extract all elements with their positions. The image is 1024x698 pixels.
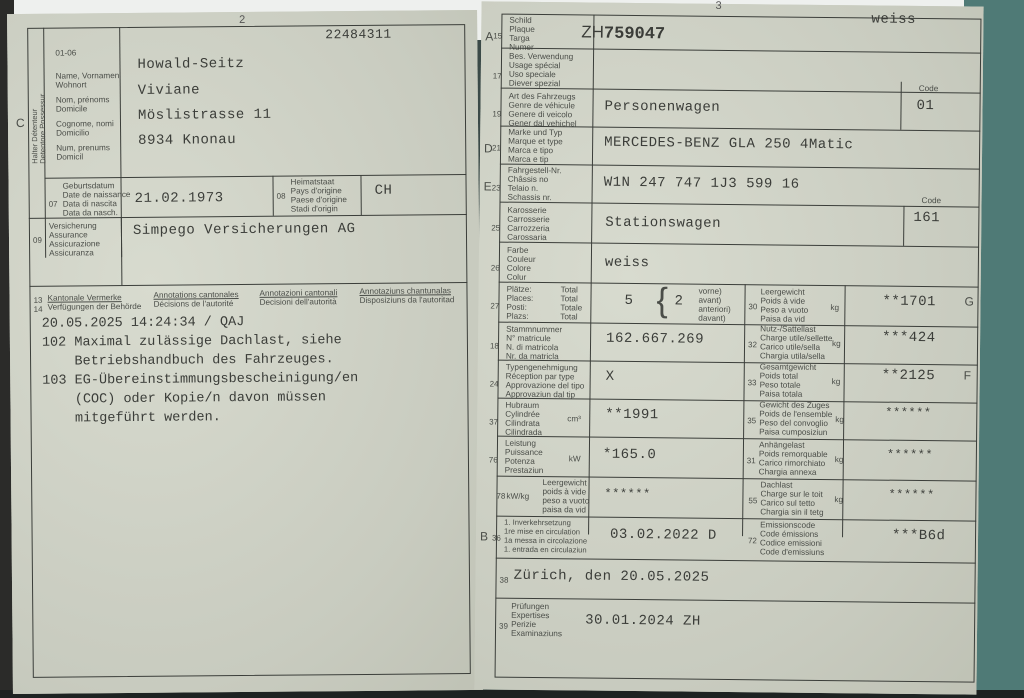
seats-total-value: 5: [624, 293, 633, 309]
home-state-code: 08: [277, 192, 286, 201]
holder-label-it: Cognome, nomi Domicilio: [56, 119, 114, 138]
payload-value: ***424: [882, 330, 936, 347]
page-number: 2: [239, 14, 245, 26]
first-registration-code: 36: [492, 534, 501, 543]
annotation-header-it: Annotazioni cantonaliDecisioni dell'auto…: [259, 288, 337, 307]
power-unit: kW: [569, 454, 581, 463]
emission-code-label: Emissionscode Code émissions Codice emis…: [760, 520, 825, 557]
annotation-header-fr: Annotations cantonalesDécisions de l'aut…: [153, 290, 238, 309]
holder-city: 8934 Knonau: [138, 132, 236, 149]
power-value: *165.0: [603, 447, 657, 464]
power-ratio-unit: kW/kg: [506, 492, 529, 501]
make-model-value: MERCEDES-BENZ GLA 250 4Matic: [604, 135, 853, 154]
vehicle-type-code-label: Code: [919, 84, 939, 93]
annotation-line-5: (COC) oder Kopie/n davon müssen: [42, 388, 326, 409]
annotation-line-3: Betriebshandbuch des Fahrzeuges.: [42, 350, 334, 372]
trailer-load-label: Anhängelast Poids remorquable Carico rim…: [759, 440, 828, 477]
displacement-value: **1991: [605, 407, 659, 424]
annotation-line-6: mitgeführt werden.: [42, 408, 220, 429]
train-weight-code: 35: [747, 416, 756, 425]
document-number: 22484311: [325, 27, 392, 43]
type-approval-value: X: [606, 369, 615, 385]
first-registration-label: 1. Inverkehrsetzung 1re mise en circulat…: [504, 518, 588, 555]
section-letter-c: C: [16, 116, 25, 130]
power-label: Leistung Puissance Potenza Prestaziun: [505, 439, 544, 475]
section-letter-e: E: [484, 179, 492, 193]
holder-label-de: Name, Vornamen Wohnort: [56, 71, 120, 90]
train-weight-unit: kg: [835, 415, 844, 424]
first-registration-value: 03.02.2022 D: [610, 527, 717, 544]
special-use-label: Bes. Verwendung Usage spécial Uso specia…: [509, 52, 574, 89]
holder-field-code: 01-06: [55, 48, 76, 57]
body-value: Stationswagen: [605, 215, 721, 232]
total-weight-unit: kg: [832, 377, 841, 386]
insurance-code: 09: [33, 236, 42, 245]
seats-total-label: Total Total Totale Total: [560, 285, 582, 321]
chassis-value: W1N 247 747 1J3 599 16: [604, 175, 800, 193]
power-ratio-code: 78: [496, 492, 505, 501]
roof-load-unit: kg: [834, 495, 843, 504]
plate-number: ZH759047: [581, 22, 665, 44]
plate-color: weiss: [871, 11, 916, 27]
annotation-line-2: 102 Maximal zulässige Dachlast, siehe: [42, 331, 342, 353]
side-letter-f: F: [964, 368, 971, 382]
seats-front-label: vorne) avant) anteriori) davant): [698, 287, 731, 323]
annotation-header-de: Kantonale VermerkeVerfügungen der Behörd…: [47, 293, 141, 312]
annotation-line-1: 20.05.2025 14:24:34 / QAJ: [42, 313, 245, 334]
seats-front-value: 2: [674, 293, 683, 309]
home-state-value: CH: [375, 183, 393, 199]
displacement-code: 37: [489, 417, 498, 426]
annotation-header-rm: Annotaziuns chantunalasDisposiziuns da l…: [359, 286, 454, 305]
body-label: Karosserie Carrosserie Carrozzeria Caros…: [507, 206, 550, 242]
section-letter-b: B: [480, 529, 488, 543]
insurance-label: Versicherung Assurance Assicurazione Ass…: [49, 221, 100, 257]
side-letter-g: G: [964, 294, 973, 308]
emission-code-value: ***B6d: [892, 528, 946, 545]
holder-label-rm: Num, prenums Domicil: [56, 143, 110, 161]
master-number-value: 162.667.269: [606, 331, 704, 348]
holder-firstname: Viviane: [138, 82, 200, 99]
type-approval-label: Typengenehmigung Réception par type Appr…: [505, 363, 584, 400]
inspections-value: 30.01.2024 ZH: [585, 613, 701, 630]
trailer-load-unit: kg: [835, 455, 844, 464]
place-date-value: Zürich, den 20.05.2025: [514, 568, 710, 586]
power-ratio-label: Leergewicht poids à vide peso a vuoto pa…: [542, 478, 589, 514]
page-number: 3: [716, 0, 722, 12]
holder-name: Howald-Seitz: [137, 56, 244, 73]
chassis-label: Fahrgestell-Nr. Châssis no Telaio n. Sch…: [508, 166, 562, 203]
make-model-code: 21: [492, 144, 501, 153]
left-page: 2 22484311 C Halter Détenteur Detentore …: [7, 10, 483, 694]
roof-load-code: 55: [748, 496, 757, 505]
right-page: 3 A 15 Schild Plaque Targa Numer ZH75904…: [474, 1, 983, 694]
total-weight-code: 33: [748, 378, 757, 387]
payload-code: 32: [748, 340, 757, 349]
make-model-label: Marke und Typ Marque et type Marca e tip…: [508, 128, 563, 165]
power-ratio-value: ******: [604, 487, 650, 501]
empty-weight-label: Leergewicht Poids à vide Peso a vuoto Pa…: [760, 287, 808, 323]
vehicle-type-value: Personenwagen: [604, 99, 720, 116]
special-use-code: 17: [493, 72, 502, 81]
displacement-unit: cm³: [567, 414, 581, 423]
train-weight-label: Gewicht des Zuges Poids de l'ensemble Pe…: [759, 400, 832, 437]
vehicle-type-code: 19: [492, 110, 501, 119]
plate-label: Schild Plaque Targa Numer: [509, 16, 535, 52]
section-letter-a: A: [485, 29, 493, 43]
chassis-code: 23: [492, 184, 501, 193]
home-state-label: Heimatstaat Pays d'origine Paese d'origi…: [290, 177, 346, 213]
roof-load-label: Dachlast Charge sur le toit Carico sul t…: [760, 480, 824, 517]
color-label: Farbe Couleur Colore Colur: [507, 246, 536, 282]
annotation-code-13: 13: [34, 296, 43, 305]
empty-weight-value: **1701: [882, 294, 936, 311]
color-value: weiss: [605, 255, 650, 271]
brace: {: [656, 283, 668, 317]
payload-unit: kg: [832, 339, 841, 348]
trailer-load-code: 31: [747, 456, 756, 465]
total-weight-label: Gesamtgewicht Poids total Peso totale Pa…: [759, 362, 816, 399]
seats-label: Plätze: Places: Posti: Plazs:: [506, 285, 533, 321]
body-code-label: Code: [922, 196, 942, 205]
displacement-label: Hubraum Cylindrée Cilindrata Cilindrada: [505, 401, 542, 437]
vehicle-type-label: Art des Fahrzeugs Genre de véhicule Gene…: [508, 92, 577, 129]
total-weight-value: **2125: [882, 368, 936, 385]
trailer-load-value: ******: [887, 448, 933, 462]
payload-label: Nutz-/Sattellast Charge utile/sellette C…: [760, 324, 833, 361]
body-code-value: 161: [913, 210, 940, 226]
empty-weight-unit: kg: [830, 303, 839, 312]
body-code: 25: [491, 224, 500, 233]
place-date-code: 38: [500, 576, 509, 585]
emission-code-code: 72: [748, 536, 757, 545]
birthdate-code: 07: [49, 200, 58, 209]
insurance-value: Simpego Versicherungen AG: [133, 221, 356, 239]
vehicle-type-code-value: 01: [916, 98, 934, 114]
inspections-code: 39: [499, 622, 508, 631]
holder-vertical-label-2: Detentore Possessur: [38, 94, 48, 164]
power-code: 76: [489, 455, 498, 464]
plate-code: 15: [493, 32, 502, 41]
inspections-label: Prüfungen Expertises Perizie Examinaziun…: [511, 602, 562, 639]
holder-label-fr: Nom, prénoms Domicile: [56, 95, 110, 113]
empty-weight-code: 30: [748, 302, 757, 311]
color-code: 26: [491, 264, 500, 273]
birthdate-value: 21.02.1973: [135, 190, 224, 207]
roof-load-value: ******: [888, 488, 934, 502]
master-number-label: Stammnummer N° matricule N. di matricola…: [506, 325, 562, 362]
seats-code: 27: [490, 301, 499, 310]
train-weight-value: ******: [885, 406, 931, 420]
holder-street: Möslistrasse 11: [138, 107, 272, 124]
annotation-code-14: 14: [34, 305, 43, 314]
type-approval-code: 24: [490, 379, 499, 388]
master-number-code: 18: [490, 341, 499, 350]
